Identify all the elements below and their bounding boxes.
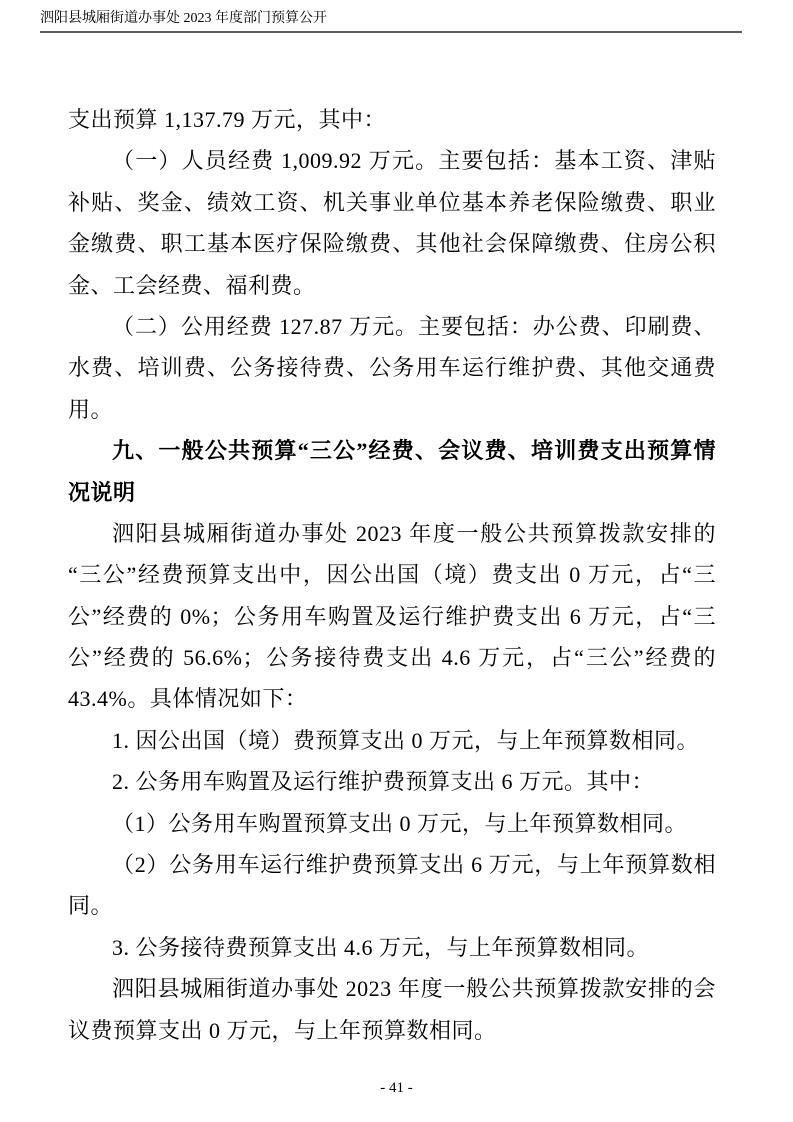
text-line: 水费、培训费、公务接待费、公务用车运行维护费、其他交通费 xyxy=(68,347,716,388)
text-line: 泗阳县城厢街道办事处 2023 年度一般公共预算拨款安排的会 xyxy=(68,968,716,1009)
text-line: 补贴、奖金、绩效工资、机关事业单位基本养老保险缴费、职业年 xyxy=(68,182,716,223)
text-line: 2. 公务用车购置及运行维护费预算支出 6 万元。其中： xyxy=(68,761,716,802)
header-title: 泗阳县城厢街道办事处 2023 年度部门预算公开 xyxy=(40,11,327,26)
document-page: 泗阳县城厢街道办事处 2023 年度部门预算公开 支出预算 1,137.79 万… xyxy=(0,0,793,1122)
text-line: 1. 因公出国（境）费预算支出 0 万元，与上年预算数相同。 xyxy=(68,720,716,761)
text-line: （2）公务用车运行维护费预算支出 6 万元，与上年预算数相 xyxy=(68,844,716,885)
page-header: 泗阳县城厢街道办事处 2023 年度部门预算公开 xyxy=(40,9,742,33)
text-line: （一）人员经费 1,009.92 万元。主要包括：基本工资、津贴 xyxy=(68,140,716,181)
page-footer: - 41 - xyxy=(0,1080,793,1097)
text-line: 公”经费的 56.6%；公务接待费支出 4.6 万元，占“三公”经费的 xyxy=(68,637,716,678)
text-line: 泗阳县城厢街道办事处 2023 年度一般公共预算拨款安排的 xyxy=(68,513,716,554)
text-line: 公”经费的 0%；公务用车购置及运行维护费支出 6 万元，占“三 xyxy=(68,596,716,637)
text-line: 用。 xyxy=(68,389,716,430)
text-line: （1）公务用车购置预算支出 0 万元，与上年预算数相同。 xyxy=(68,803,716,844)
text-line: 支出预算 1,137.79 万元，其中： xyxy=(68,99,716,140)
page-number: - 41 - xyxy=(380,1080,413,1096)
section-heading-line: 九、一般公共预算“三公”经费、会议费、培训费支出预算情 xyxy=(68,430,716,471)
section-heading-line: 况说明 xyxy=(68,472,716,513)
text-line: 金缴费、职工基本医疗保险缴费、其他社会保障缴费、住房公积 xyxy=(68,223,716,264)
text-line: 议费预算支出 0 万元，与上年预算数相同。 xyxy=(68,1010,716,1051)
text-line: 3. 公务接待费预算支出 4.6 万元，与上年预算数相同。 xyxy=(68,927,716,968)
document-body: 支出预算 1,137.79 万元，其中：（一）人员经费 1,009.92 万元。… xyxy=(68,99,716,1051)
text-line: “三公”经费预算支出中，因公出国（境）费支出 0 万元，占“三 xyxy=(68,554,716,595)
text-line: 43.4%。具体情况如下： xyxy=(68,678,716,719)
text-line: 同。 xyxy=(68,885,716,926)
text-line: （二）公用经费 127.87 万元。主要包括：办公费、印刷费、 xyxy=(68,306,716,347)
text-line: 金、工会经费、福利费。 xyxy=(68,265,716,306)
